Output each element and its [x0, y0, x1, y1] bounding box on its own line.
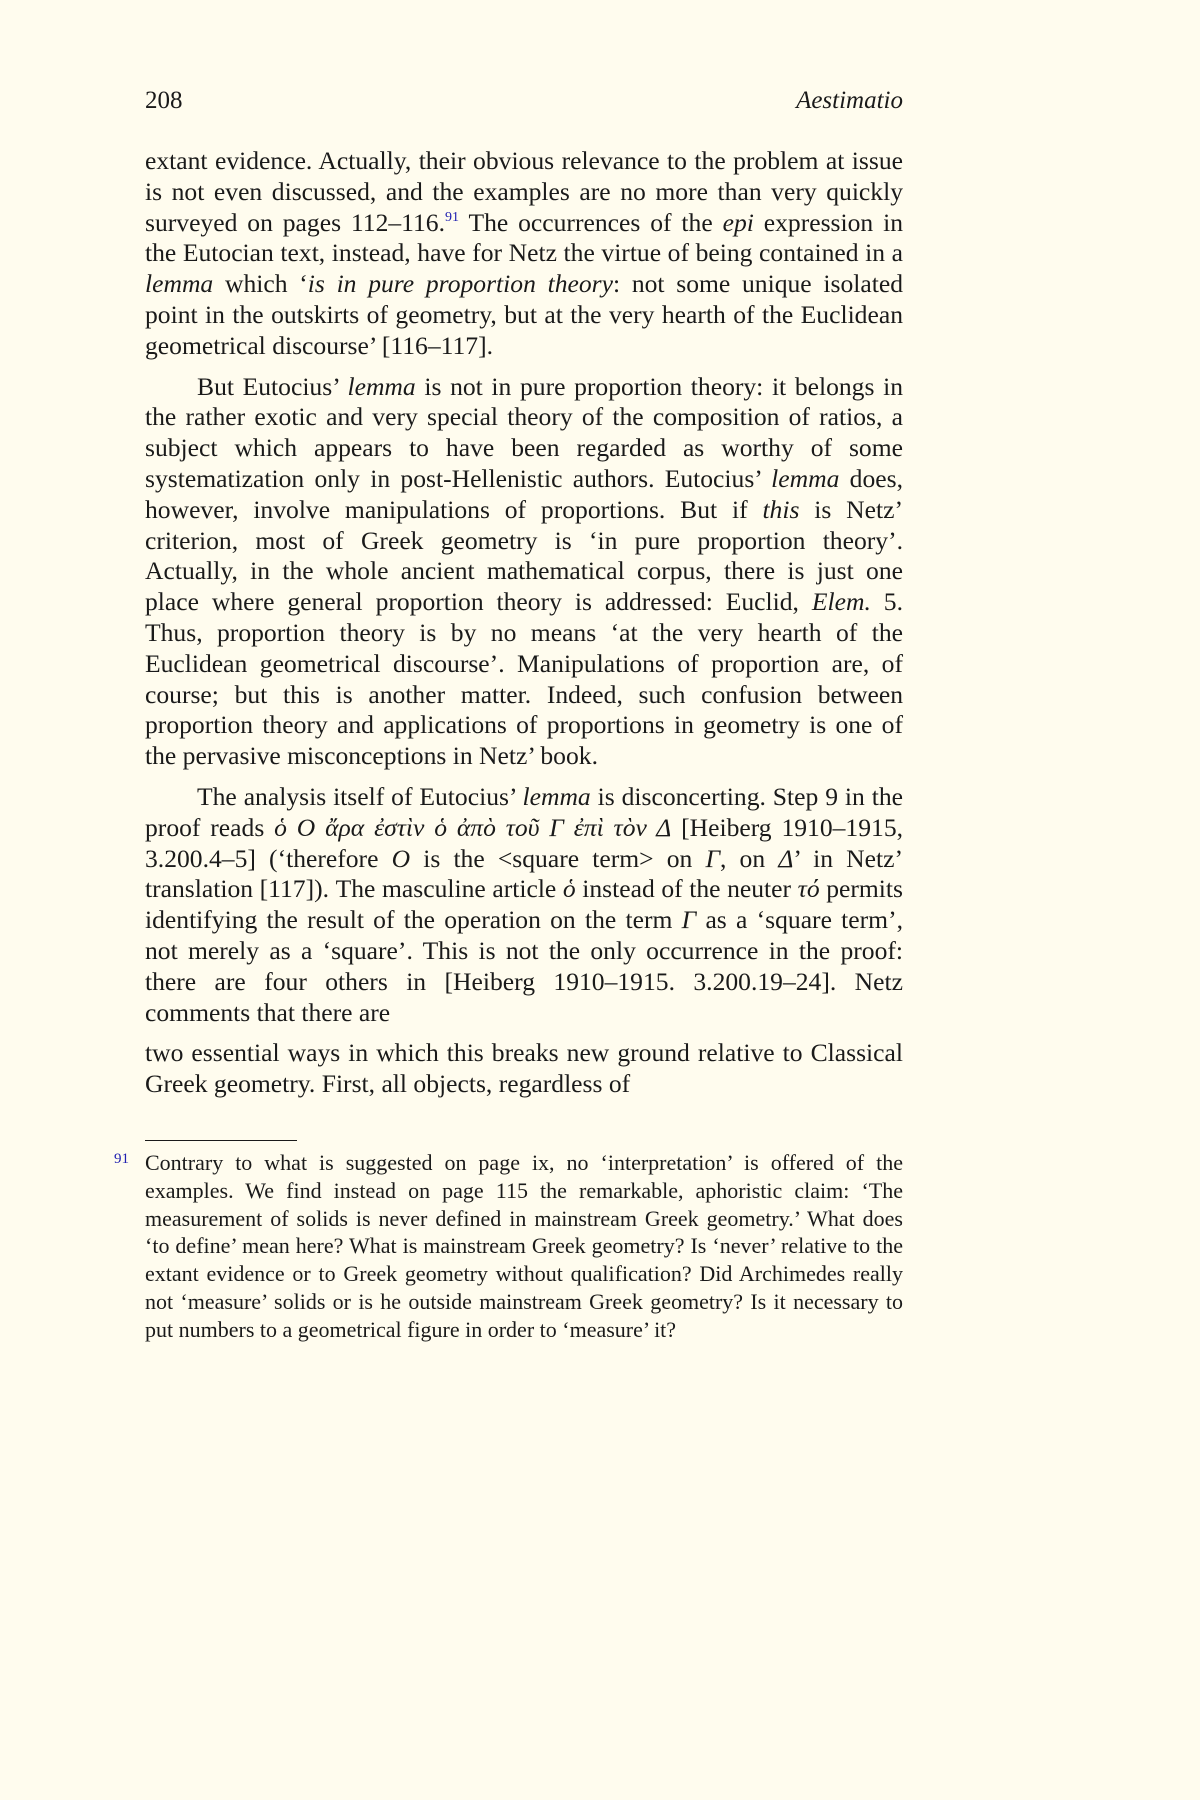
math-symbol-o: O: [392, 844, 410, 873]
term-epi: epi: [723, 208, 754, 237]
block-quote: two essential ways in which this breaks …: [145, 1038, 903, 1100]
math-symbol-delta: Δ: [778, 844, 793, 873]
math-symbol-gamma: Γ: [682, 905, 697, 934]
paragraph-3-text: , on: [720, 844, 778, 873]
body-text: extant evidence. Actually, their obvious…: [145, 146, 903, 1110]
footnotes: 91Contrary to what is suggested on page …: [145, 1149, 903, 1344]
term-lemma: lemma: [145, 269, 213, 298]
journal-title: Aestimatio: [796, 84, 903, 118]
footnote-ref-91[interactable]: 91: [445, 210, 459, 225]
greek-article-ho: ὁ: [563, 874, 576, 903]
page-number: 208: [145, 84, 183, 118]
term-this: this: [762, 495, 799, 524]
footnote-text: Contrary to what is suggested on page ix…: [145, 1150, 903, 1342]
paragraph-3-text: is the <square term> on: [410, 844, 705, 873]
paragraph-3-text: The analysis itself of Eutocius’: [197, 782, 522, 811]
footnote-91: 91Contrary to what is suggested on page …: [145, 1149, 903, 1344]
greek-quotation: ὁ Ο ἄρα ἐστὶν ὁ ἀπὸ τοῦ Γ ἐπὶ τὸν Δ: [274, 813, 671, 842]
paragraph-1-text: The occurrences of the: [459, 208, 723, 237]
paragraph-2-text: But Eutocius’: [197, 372, 347, 401]
paragraph-1: extant evidence. Actually, their obvious…: [145, 146, 903, 362]
paragraph-1-text: which ‘: [213, 269, 308, 298]
paragraph-3: The analysis itself of Eutocius’ lemma i…: [145, 782, 903, 1028]
term-lemma: lemma: [347, 372, 415, 401]
paragraph-3-text: instead of the neuter: [576, 874, 798, 903]
term-lemma: lemma: [771, 464, 839, 493]
math-symbol-gamma: Γ: [705, 844, 720, 873]
greek-article-to: τό: [798, 874, 820, 903]
running-head: 208 Aestimatio: [145, 84, 903, 118]
footnote-number: 91: [114, 1146, 129, 1174]
term-lemma: lemma: [522, 782, 590, 811]
work-title-elem: Elem.: [812, 587, 871, 616]
quoted-phrase: is in pure proportion theory: [308, 269, 613, 298]
footnote-divider: [145, 1140, 297, 1141]
paragraph-2: But Eutocius’ lemma is not in pure propo…: [145, 372, 903, 772]
